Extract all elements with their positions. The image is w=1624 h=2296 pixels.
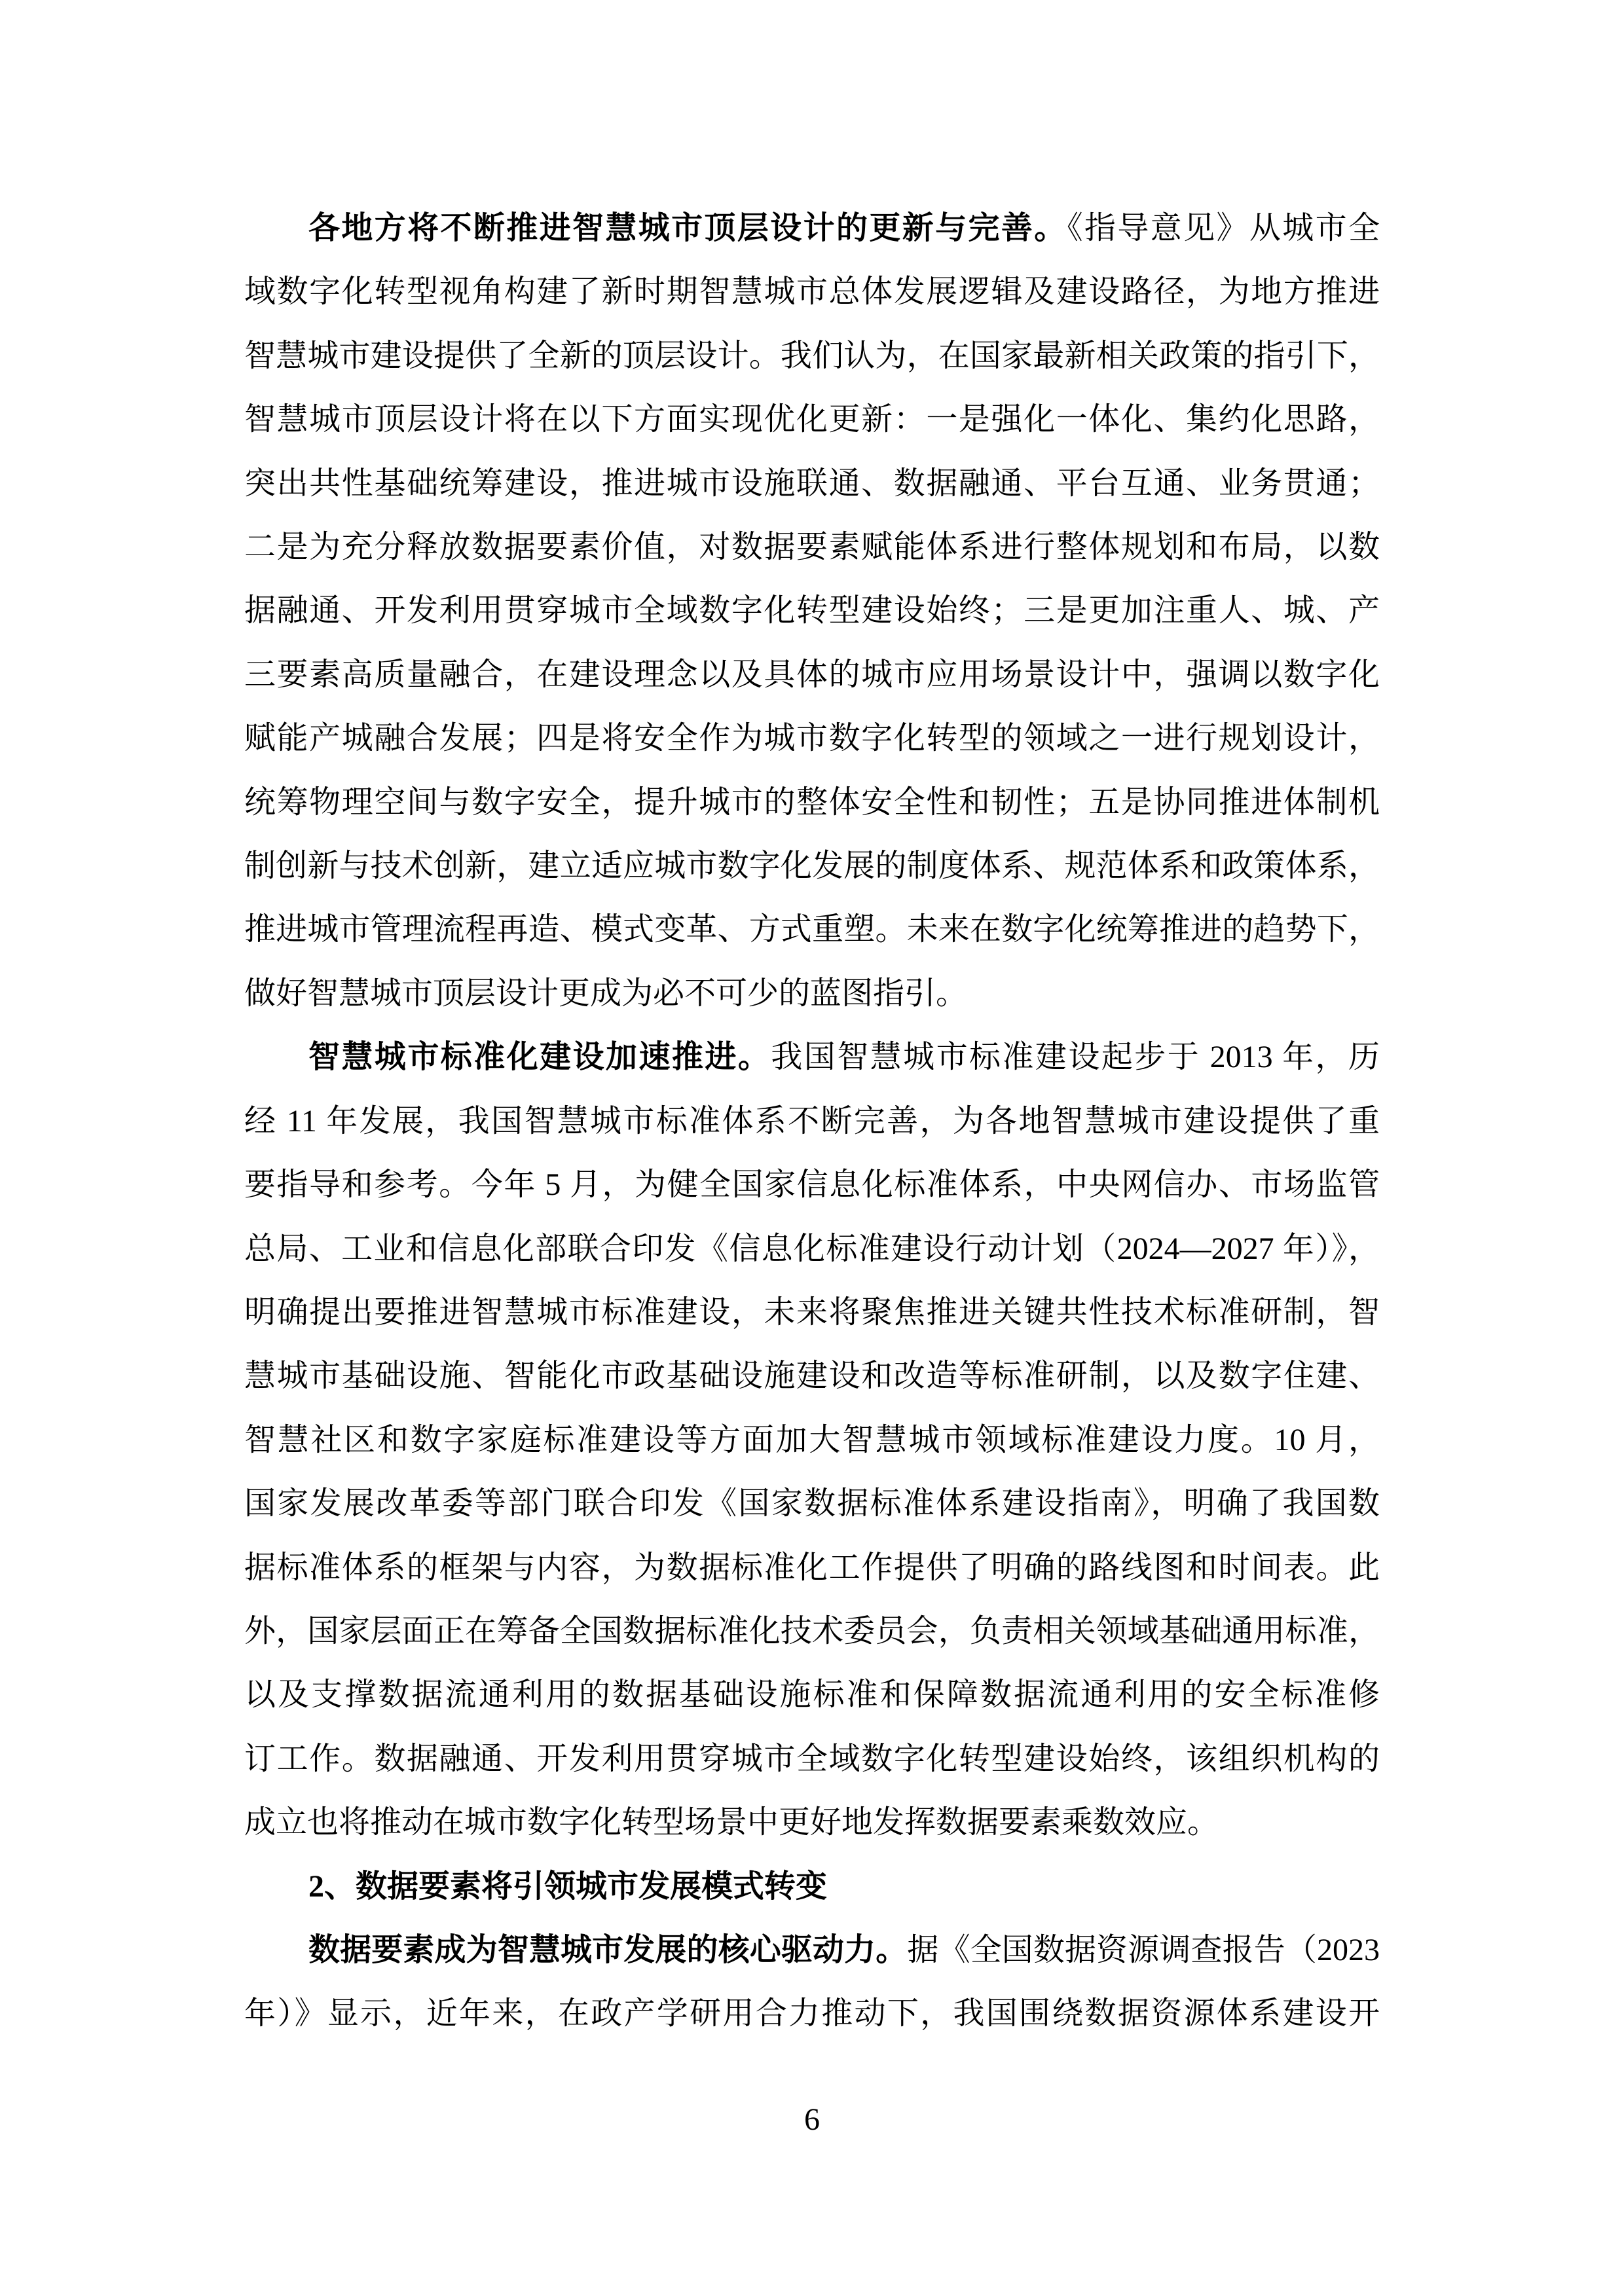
text-run: 我国智慧城市标准建设起步于 2013 年，历 bbox=[771, 1040, 1380, 1074]
text-line: 明确提出要推进智慧城市标准建设，未来将聚焦推进关键共性技术标准研制，智 bbox=[244, 1281, 1380, 1344]
text-line: 成立也将推动在城市数字化转型场景中更好地发挥数据要素乘数效应。 bbox=[244, 1791, 1380, 1854]
text-line: 要指导和参考。今年 5 月，为健全国家信息化标准体系，中央网信办、市场监管 bbox=[244, 1153, 1380, 1216]
text-line: 统筹物理空间与数字安全，提升城市的整体安全性和韧性；五是协同推进体制机 bbox=[244, 771, 1380, 834]
text-line: 数据要素成为智慧城市发展的核心驱动力。据《全国数据资源调查报告（2023 bbox=[244, 1918, 1380, 1982]
text-run: 以及支撑数据流通利用的数据基础设施标准和保障数据流通利用的安全标准修 bbox=[244, 1677, 1380, 1712]
text-line: 域数字化转型视角构建了新时期智慧城市总体发展逻辑及建设路径，为地方推进 bbox=[244, 260, 1380, 323]
text-line: 智慧城市标准化建设加速推进。我国智慧城市标准建设起步于 2013 年，历 bbox=[244, 1025, 1380, 1089]
text-run: 慧城市基础设施、智能化市政基础设施建设和改造等标准研制，以及数字住建、 bbox=[244, 1358, 1380, 1393]
text-run: 智慧城市建设提供了全新的顶层设计。我们认为，在国家最新相关政策的指引下， bbox=[244, 338, 1380, 373]
text-run: 智慧社区和数字家庭标准建设等方面加大智慧城市领域标准建设力度。10 月， bbox=[244, 1423, 1380, 1457]
text-line: 订工作。数据融通、开发利用贯穿城市全域数字化转型建设始终，该组织机构的 bbox=[244, 1727, 1380, 1791]
paragraph-top-level-design: 各地方将不断推进智慧城市顶层设计的更新与完善。《指导意见》从城市全域数字化转型视… bbox=[244, 196, 1380, 1025]
text-line: 三要素高质量融合，在建设理念以及具体的城市应用场景设计中，强调以数字化 bbox=[244, 643, 1380, 706]
text-line: 以及支撑数据流通利用的数据基础设施标准和保障数据流通利用的安全标准修 bbox=[244, 1663, 1380, 1726]
bold-text-run: 数据要素成为智慧城市发展的核心驱动力。 bbox=[308, 1933, 907, 1967]
document-body: 各地方将不断推进智慧城市顶层设计的更新与完善。《指导意见》从城市全域数字化转型视… bbox=[244, 196, 1380, 2046]
text-line: 慧城市基础设施、智能化市政基础设施建设和改造等标准研制，以及数字住建、 bbox=[244, 1344, 1380, 1408]
text-line: 据标准体系的框架与内容，为数据标准化工作提供了明确的路线图和时间表。此 bbox=[244, 1536, 1380, 1599]
text-line: 做好智慧城市顶层设计更成为必不可少的蓝图指引。 bbox=[244, 962, 1380, 1025]
text-run: 赋能产城融合发展；四是将安全作为城市数字化转型的领域之一进行规划设计， bbox=[244, 721, 1380, 756]
text-line: 突出共性基础统筹建设，推进城市设施联通、数据融通、平台互通、业务贯通； bbox=[244, 452, 1380, 515]
text-line: 2、数据要素将引领城市发展模式转变 bbox=[244, 1855, 1380, 1918]
text-run: 国家发展改革委等部门联合印发《国家数据标准体系建设指南》，明确了我国数 bbox=[244, 1486, 1380, 1521]
text-run: 二是为充分释放数据要素价值，对数据要素赋能体系进行整体规划和布局，以数 bbox=[244, 530, 1380, 564]
text-run: 总局、工业和信息化部联合印发《信息化标准建设行动计划（2024—2027 年）》… bbox=[244, 1231, 1380, 1266]
text-run: 智慧城市顶层设计将在以下方面实现优化更新：一是强化一体化、集约化思路， bbox=[244, 402, 1380, 437]
text-run: 据融通、开发利用贯穿城市全域数字化转型建设始终；三是更加注重人、城、产 bbox=[244, 593, 1380, 628]
bold-text-run: 各地方将不断推进智慧城市顶层设计的更新与完善。 bbox=[308, 211, 1067, 246]
text-run: 订工作。数据融通、开发利用贯穿城市全域数字化转型建设始终，该组织机构的 bbox=[244, 1741, 1380, 1776]
document-page: 各地方将不断推进智慧城市顶层设计的更新与完善。《指导意见》从城市全域数字化转型视… bbox=[0, 0, 1624, 2296]
text-run: 要指导和参考。今年 5 月，为健全国家信息化标准体系，中央网信办、市场监管 bbox=[244, 1167, 1380, 1202]
text-run: 《指导意见》从城市全 bbox=[1067, 211, 1380, 246]
text-run: 域数字化转型视角构建了新时期智慧城市总体发展逻辑及建设路径，为地方推进 bbox=[244, 274, 1380, 309]
paragraph-section-2-heading: 2、数据要素将引领城市发展模式转变 bbox=[244, 1855, 1380, 1918]
page-footer: 6 bbox=[0, 2103, 1624, 2137]
bold-text-run: 智慧城市标准化建设加速推进。 bbox=[308, 1040, 771, 1074]
text-run: 年）》显示，近年来，在政产学研用合力推动下，我国围绕数据资源体系建设开 bbox=[244, 1996, 1380, 2031]
text-line: 赋能产城融合发展；四是将安全作为城市数字化转型的领域之一进行规划设计， bbox=[244, 706, 1380, 770]
text-line: 外，国家层面正在筹备全国数据标准化技术委员会，负责相关领域基础通用标准， bbox=[244, 1599, 1380, 1663]
text-run: 推进城市管理流程再造、模式变革、方式重塑。未来在数字化统筹推进的趋势下， bbox=[244, 912, 1380, 947]
text-run: 制创新与技术创新，建立适应城市数字化发展的制度体系、规范体系和政策体系， bbox=[244, 848, 1380, 883]
text-line: 各地方将不断推进智慧城市顶层设计的更新与完善。《指导意见》从城市全 bbox=[244, 196, 1380, 260]
text-line: 据融通、开发利用贯穿城市全域数字化转型建设始终；三是更加注重人、城、产 bbox=[244, 579, 1380, 642]
text-run: 外，国家层面正在筹备全国数据标准化技术委员会，负责相关领域基础通用标准， bbox=[244, 1614, 1380, 1649]
text-run: 经 11 年发展，我国智慧城市标准体系不断完善，为各地智慧城市建设提供了重 bbox=[244, 1104, 1380, 1139]
text-run: 成立也将推动在城市数字化转型场景中更好地发挥数据要素乘数效应。 bbox=[244, 1805, 1219, 1840]
text-run: 突出共性基础统筹建设，推进城市设施联通、数据融通、平台互通、业务贯通； bbox=[244, 466, 1380, 501]
page-number: 6 bbox=[804, 2102, 820, 2137]
text-line: 推进城市管理流程再造、模式变革、方式重塑。未来在数字化统筹推进的趋势下， bbox=[244, 898, 1380, 961]
bold-text-run: 2、数据要素将引领城市发展模式转变 bbox=[308, 1869, 827, 1904]
text-line: 国家发展改革委等部门联合印发《国家数据标准体系建设指南》，明确了我国数 bbox=[244, 1472, 1380, 1535]
text-run: 明确提出要推进智慧城市标准建设，未来将聚焦推进关键共性技术标准研制，智 bbox=[244, 1295, 1380, 1330]
text-run: 做好智慧城市顶层设计更成为必不可少的蓝图指引。 bbox=[244, 976, 967, 1011]
text-run: 据《全国数据资源调查报告（2023 bbox=[907, 1933, 1380, 1967]
text-run: 三要素高质量融合，在建设理念以及具体的城市应用场景设计中，强调以数字化 bbox=[244, 657, 1380, 692]
paragraph-standardization: 智慧城市标准化建设加速推进。我国智慧城市标准建设起步于 2013 年，历经 11… bbox=[244, 1025, 1380, 1854]
text-line: 智慧社区和数字家庭标准建设等方面加大智慧城市领域标准建设力度。10 月， bbox=[244, 1408, 1380, 1472]
text-line: 年）》显示，近年来，在政产学研用合力推动下，我国围绕数据资源体系建设开 bbox=[244, 1982, 1380, 2045]
text-line: 总局、工业和信息化部联合印发《信息化标准建设行动计划（2024—2027 年）》… bbox=[244, 1217, 1380, 1281]
text-line: 经 11 年发展，我国智慧城市标准体系不断完善，为各地智慧城市建设提供了重 bbox=[244, 1089, 1380, 1153]
text-line: 制创新与技术创新，建立适应城市数字化发展的制度体系、规范体系和政策体系， bbox=[244, 834, 1380, 898]
paragraph-data-elements-driver: 数据要素成为智慧城市发展的核心驱动力。据《全国数据资源调查报告（2023年）》显… bbox=[244, 1918, 1380, 2046]
text-run: 统筹物理空间与数字安全，提升城市的整体安全性和韧性；五是协同推进体制机 bbox=[244, 785, 1380, 820]
text-line: 智慧城市顶层设计将在以下方面实现优化更新：一是强化一体化、集约化思路， bbox=[244, 388, 1380, 451]
text-line: 智慧城市建设提供了全新的顶层设计。我们认为，在国家最新相关政策的指引下， bbox=[244, 324, 1380, 388]
text-line: 二是为充分释放数据要素价值，对数据要素赋能体系进行整体规划和布局，以数 bbox=[244, 515, 1380, 579]
text-run: 据标准体系的框架与内容，为数据标准化工作提供了明确的路线图和时间表。此 bbox=[244, 1550, 1380, 1585]
